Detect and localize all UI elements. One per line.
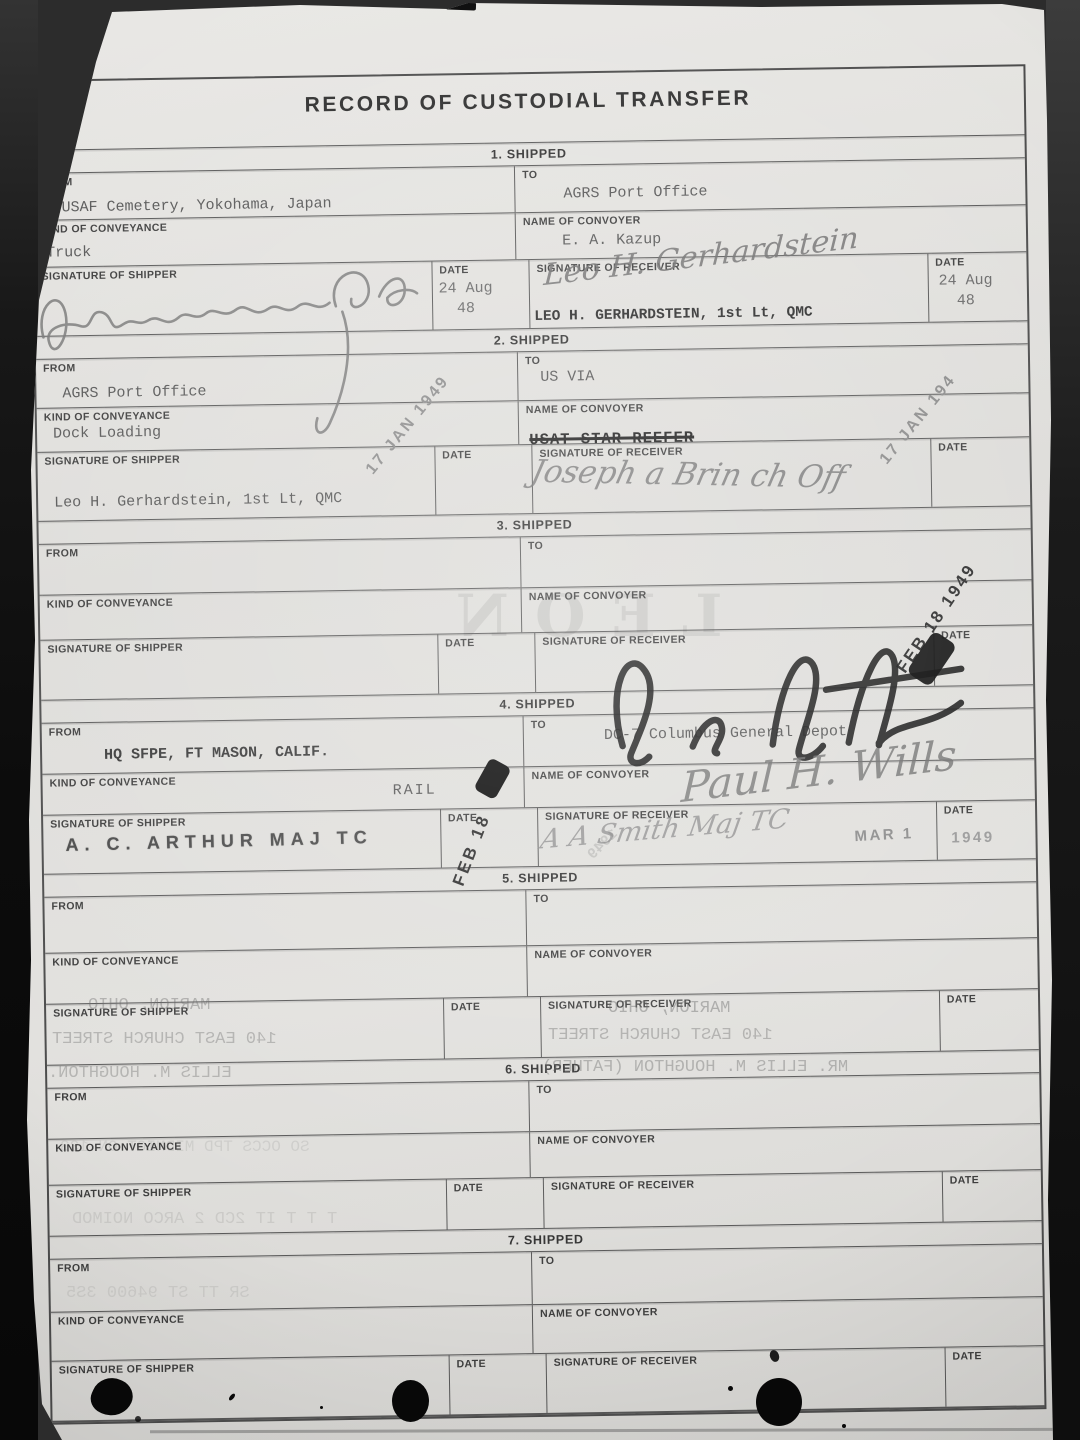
bleed-through-marion-left: MARION, OHIO [88,996,210,1015]
section-1-to-cell: TO AGRS Port Office [514,158,1026,212]
scan-background-right [1046,0,1080,1440]
bleed-through-street-left: 140 EAST CHURCH STREET [52,1030,276,1049]
signature-of-receiver-label: SIGNATURE OF RECEIVER [554,1351,938,1369]
bleed-through-fragment-3: SR TT ST 94600 3S5 [66,1284,250,1303]
from-label: FROM [46,540,513,559]
section-6-to-cell: TO [528,1073,1040,1131]
signature-of-shipper-label: SIGNATURE OF SHIPPER [50,813,433,831]
from-label: FROM [49,719,516,738]
section-4-shipper-date-cell: DATE FEB 18 [440,808,538,868]
section-5-shipper-date-cell: DATE [443,997,541,1059]
bleed-through-street-right: 140 EAST CHURCH STREET [548,1026,772,1045]
name-of-convoyer-label: NAME OF CONVOYER [534,941,1030,961]
bleed-through-marion-right: MARION, OHIO [608,999,730,1018]
section-7-shipper-date-cell: DATE [448,1354,546,1415]
bleed-through-fragment-2: T T T IT 2CD 2 ARCO NOIMOD [72,1210,337,1229]
section-6-receiver-signature-cell: SIGNATURE OF RECEIVER [543,1172,943,1228]
bleed-through-ghost-caps: LEON [430,582,723,650]
date-stamp: 1949 [951,829,995,847]
section-4-header-label: 4. SHIPPED [499,696,575,711]
section-6-receiver-date-cell: DATE [942,1170,1042,1222]
from-label: FROM [54,1084,521,1103]
date-label: DATE [950,1173,1034,1186]
section-2-header-label: 2. SHIPPED [494,332,570,347]
ink-speck [320,1406,323,1409]
section-5-receiver-signature-cell: SIGNATURE OF RECEIVER [540,991,940,1057]
kind-value: RAIL [393,782,437,800]
section-4-receiver-date-cell: DATE 1949 [936,800,1036,860]
kind-of-conveyance-label: KIND OF CONVEYANCE [58,1308,525,1327]
section-2-receiver-signature-cell: SIGNATURE OF RECEIVER Joseph a Brin ch O… [531,439,931,513]
to-label: TO [533,885,1029,905]
name-of-convoyer-label: NAME OF CONVOYER [540,1300,1036,1320]
shipper-signature-stamped: A. C. ARTHUR MAJ TC [65,827,373,856]
section-4-from-cell: FROM HQ SFPE, FT MASON, CALIF. [42,716,524,774]
bleed-through-name-right: MR. ELLIS M. HOUGHTON (FATHER) [542,1058,848,1077]
receiver-signature-typed: LEO H. GERHARDSTEIN, 1st Lt, QMC [534,305,813,325]
date-label: DATE [947,992,1031,1005]
from-label: FROM [40,169,507,188]
date-label: DATE [952,1349,1036,1362]
date-label: DATE [935,255,1019,268]
paper-sheet: RECORD OF CUSTODIAL TRANSFER 1. SHIPPED … [0,0,1080,1440]
section-5-to-cell: TO [525,882,1037,945]
section-6-convoyer-cell: NAME OF CONVOYER [529,1124,1041,1177]
to-label: TO [536,1076,1032,1096]
paper-fold-line [150,1428,1080,1433]
from-value: HQ SFPE, FT MASON, CALIF. [104,743,329,764]
date-label: DATE [944,803,1028,816]
kind-value: Truck [46,244,91,262]
to-label: TO [522,161,1018,181]
shipper-signature-scrawl [33,246,448,469]
receiver-stamp: MAR 1 [854,825,914,845]
section-3-header-label: 3. SHIPPED [497,517,573,532]
section-1-shipper-signature-cell: SIGNATURE OF SHIPPER [34,262,432,336]
section-4-kind-cell: KIND OF CONVEYANCE RAIL [42,767,524,815]
to-value: US VIA [540,368,594,386]
ink-speck [135,1416,141,1422]
section-2-shipper-date-cell: DATE 17 JAN 1949 [434,445,532,515]
date-label: DATE [451,1000,533,1013]
signature-of-shipper-label: SIGNATURE OF SHIPPER [59,1359,442,1377]
date-label: DATE [938,440,1022,453]
punch-hole-left [392,1380,429,1422]
from-label: FROM [57,1255,524,1274]
date-label: DATE [439,263,521,276]
to-value: AGRS Port Office [563,183,707,202]
convoyer-value-struck-out: USAT STAR REEFER [529,429,694,450]
section-7-receiver-date-cell: DATE [944,1346,1044,1407]
section-1-header-label: 1. SHIPPED [491,146,567,161]
section-5-convoyer-cell: NAME OF CONVOYER [526,938,1038,996]
section-7-kind-cell: KIND OF CONVEYANCE [51,1305,533,1361]
section-6-from-cell: FROM [47,1081,529,1139]
from-value: USAF Cemetery, Yokohama, Japan [61,195,331,216]
section-5-from-cell: FROM [44,890,526,953]
section-4-shipper-signature-cell: SIGNATURE OF SHIPPER A. C. ARTHUR MAJ TC [43,810,441,874]
date-label: DATE [456,1357,538,1370]
ink-speck [842,1424,846,1428]
signature-of-shipper-label: SIGNATURE OF SHIPPER [47,638,430,656]
section-2-convoyer-cell: NAME OF CONVOYER USAT STAR REEFER [518,393,1030,444]
section-1-receiver-date-cell: DATE 24 Aug 48 [927,252,1027,322]
signature-of-shipper-label: SIGNATURE OF SHIPPER [56,1183,439,1201]
section-7-receiver-signature-cell: SIGNATURE OF RECEIVER [546,1348,946,1413]
receiver-signature-handwritten: Joseph a Brin ch Off [528,454,849,496]
section-1-shipper-date-cell: DATE 24 Aug 48 [431,260,529,330]
name-of-convoyer-label: NAME OF CONVOYER [537,1127,1033,1147]
kind-of-conveyance-label: KIND OF CONVEYANCE [41,216,508,235]
name-of-convoyer-label: NAME OF CONVOYER [523,208,1019,228]
section-5-header-label: 5. SHIPPED [502,870,578,885]
section-1-receiver-signature-cell: SIGNATURE OF RECEIVER Leo H. Gerhardstei… [528,254,928,328]
kind-of-conveyance-label: KIND OF CONVEYANCE [49,770,516,789]
name-of-convoyer-label: NAME OF CONVOYER [526,396,1022,416]
section-7-to-cell: TO [531,1244,1043,1304]
section-7-convoyer-cell: NAME OF CONVOYER [532,1297,1044,1353]
to-label: TO [539,1247,1035,1267]
to-label: TO [528,532,1024,552]
bleed-through-name-left: ELLIS M. HOUGHTON. [48,1064,232,1083]
section-3-shipper-signature-cell: SIGNATURE OF SHIPPER [40,635,438,700]
page-title: RECORD OF CUSTODIAL TRANSFER [32,66,1025,122]
section-6-shipper-date-cell: DATE [446,1178,544,1230]
shipper-date-value: 24 Aug 48 [438,279,493,320]
from-label: FROM [51,893,518,912]
section-2-receiver-date-cell: DATE 17 JAN 194 [930,437,1030,507]
kind-of-conveyance-label: KIND OF CONVEYANCE [52,949,519,968]
bleed-through-fragment-1: SO OCCS TPD MIDNIGT ON 133 [60,1138,310,1156]
signature-of-receiver-label: SIGNATURE OF RECEIVER [551,1175,935,1193]
scan-edge-mark [446,1,476,10]
receiver-date-value: 24 Aug 48 [938,271,993,312]
to-label: TO [525,347,1021,367]
date-label: DATE [454,1181,536,1194]
section-1-from-cell: FROM USAF Cemetery, Yokohama, Japan [33,166,515,220]
section-7-header-label: 7. SHIPPED [508,1232,584,1247]
scanned-document-page: { "document": { "title": "RECORD OF CUST… [0,0,1080,1440]
date-label: DATE [442,448,524,461]
shipper-signature-typed: Leo H. Gerhardstein, 1st Lt, QMC [54,490,342,512]
punch-hole-right [756,1378,802,1426]
signature-of-receiver-label: SIGNATURE OF RECEIVER [548,994,932,1012]
section-5-receiver-date-cell: DATE [939,989,1039,1051]
ink-speck [728,1386,733,1391]
